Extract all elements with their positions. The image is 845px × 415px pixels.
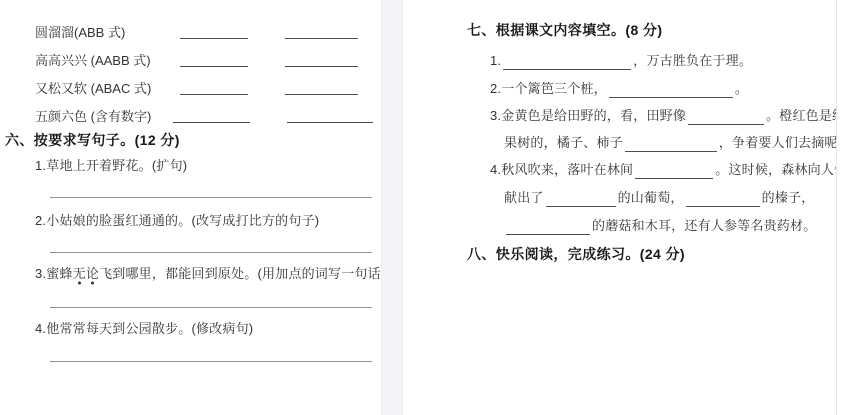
section-eight-title: 八、快乐阅读，完成练习。(24 分) <box>467 245 685 263</box>
word-blank <box>285 38 358 39</box>
word-row-label: 又松又软 (ABAC 式) <box>35 78 151 97</box>
inline-blank <box>688 112 764 125</box>
question-item: 3.蜜蜂无论飞到哪里，都能回到原处。(用加点的词写一句话) <box>35 265 381 283</box>
word-blank <box>287 122 373 123</box>
section-seven-title: 七、根据课文内容填空。(8 分) <box>467 21 662 39</box>
word-row-label: 高高兴兴 (AABB 式) <box>35 50 151 69</box>
word-row: 高高兴兴 (AABB 式) <box>0 50 381 70</box>
fill-blank-line: 3.金黄色是给田野的，看，田野像。橙红色是给 <box>490 107 837 125</box>
answer-line <box>50 307 372 308</box>
page-right: 七、根据课文内容填空。(8 分) 1.，万古胜负在于理。 2.一个篱笆三个桩，。… <box>403 0 837 415</box>
fill-blank-line: 1.，万古胜负在于理。 <box>490 52 752 70</box>
fill-blank-line: 的蘑菇和木耳，还有人参等名贵药材。 <box>504 217 816 235</box>
inline-blank <box>686 194 760 207</box>
fill-blank-line: 果树的，橘子、柿子，争着要人们去摘呢! <box>504 134 837 152</box>
word-row-label: 五颜六色 (含有数字) <box>35 106 151 125</box>
answer-line <box>50 252 372 253</box>
answer-line <box>50 197 372 198</box>
word-blank <box>180 66 248 67</box>
word-blank <box>180 38 248 39</box>
word-blank <box>180 94 248 95</box>
word-row: 五颜六色 (含有数字) <box>0 106 381 126</box>
word-row: 圆溜溜(ABB 式) <box>0 22 381 42</box>
inline-blank <box>609 85 733 98</box>
question-item: 2.小姑娘的脸蛋红通通的。(改写成打比方的句子) <box>35 212 319 230</box>
emphasized-word: 无论 <box>73 266 99 285</box>
word-blank <box>285 66 358 67</box>
inline-blank <box>635 166 713 179</box>
fill-blank-line: 献出了的山葡萄，的榛子， <box>504 189 814 207</box>
word-blank <box>285 94 358 95</box>
page-gap-divider <box>381 0 403 415</box>
inline-blank <box>546 194 616 207</box>
inline-blank <box>503 57 631 70</box>
question-item: 4.他常常每天到公园散步。(修改病句) <box>35 320 253 338</box>
word-blank <box>173 122 250 123</box>
word-row-label: 圆溜溜(ABB 式) <box>35 22 125 41</box>
inline-blank <box>625 139 717 152</box>
fill-blank-line: 2.一个篱笆三个桩，。 <box>490 80 748 98</box>
word-row: 又松又软 (ABAC 式) <box>0 78 381 98</box>
answer-line <box>50 361 372 362</box>
worksheet-spread: 圆溜溜(ABB 式) 高高兴兴 (AABB 式) 又松又软 (ABAC 式) 五… <box>0 0 845 415</box>
question-item: 1.草地上开着野花。(扩句) <box>35 157 187 175</box>
section-six-title: 六、按要求写句子。(12 分) <box>5 131 180 149</box>
page-left: 圆溜溜(ABB 式) 高高兴兴 (AABB 式) 又松又软 (ABAC 式) 五… <box>0 0 381 415</box>
inline-blank <box>506 222 590 235</box>
fill-blank-line: 4.秋风吹来，落叶在林间。这时候，森林向人们 <box>490 161 837 179</box>
